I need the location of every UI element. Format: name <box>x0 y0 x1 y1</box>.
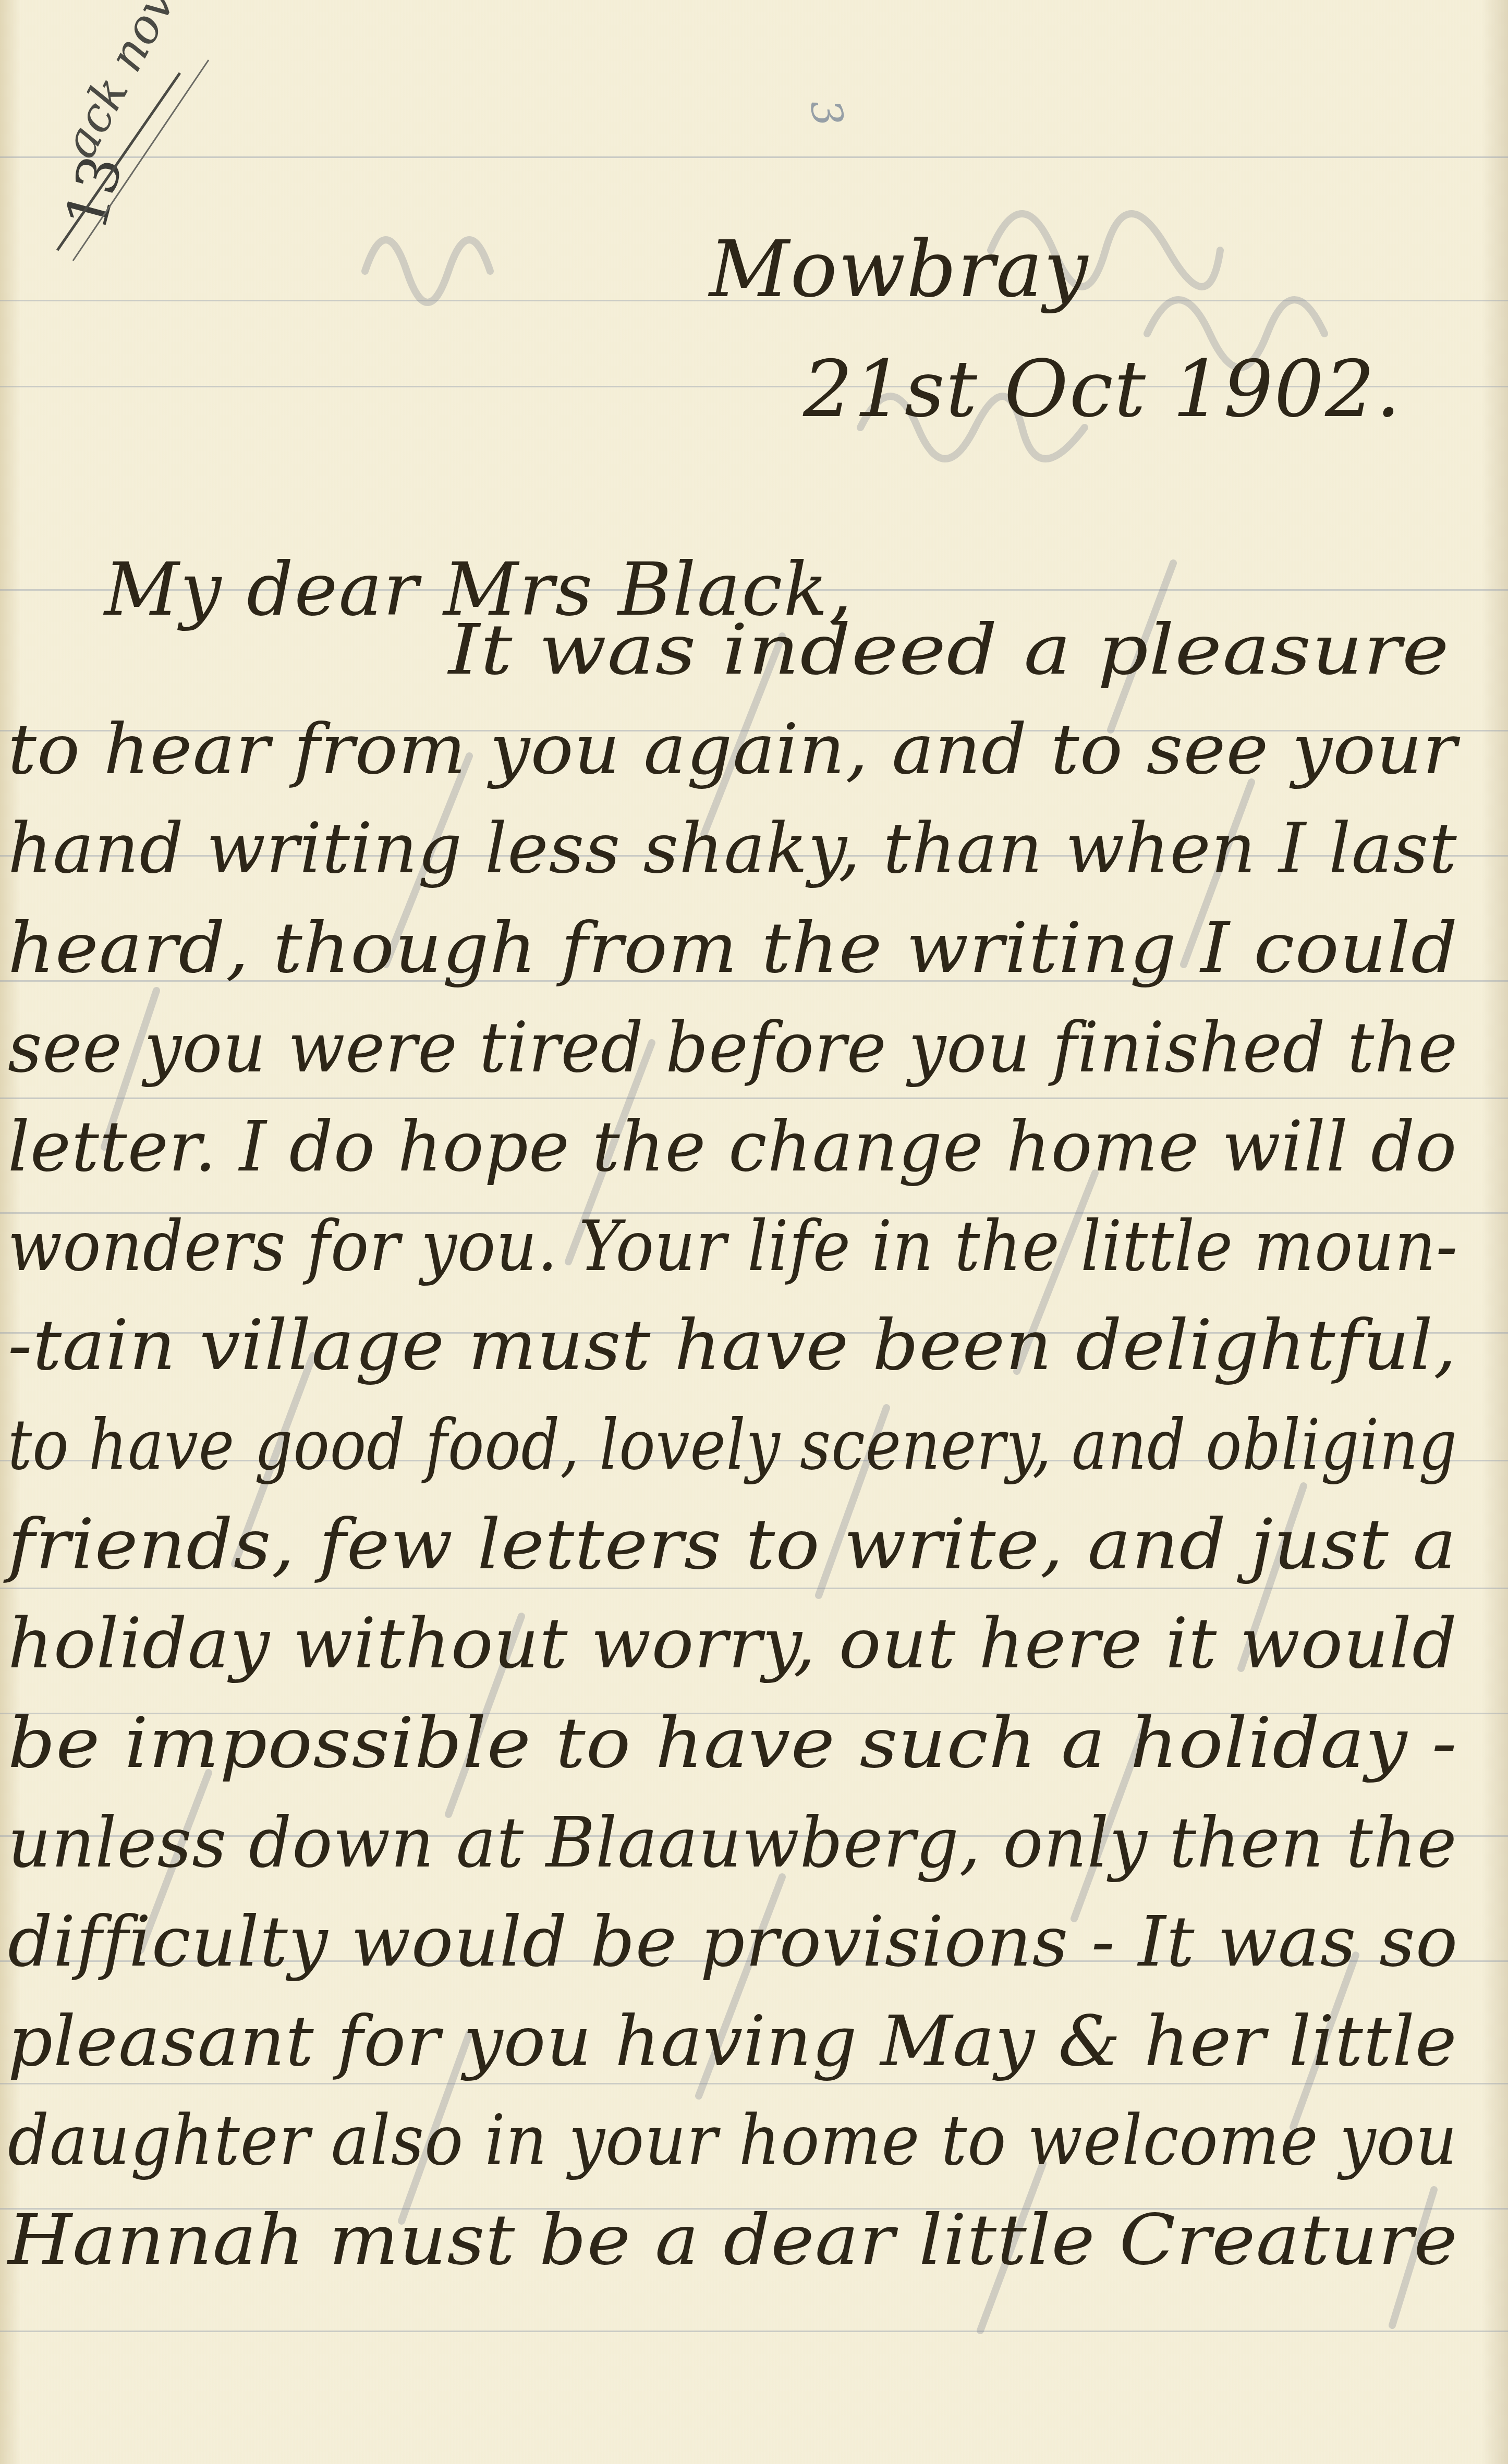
body-line: unless down at Blaauwberg, only then the <box>8 1803 1457 1883</box>
archival-note: ack nov 13 <box>31 10 302 282</box>
letter-place: Mowbray <box>709 224 1089 315</box>
body-line: pleasant for you having May & her little <box>8 2002 1457 2082</box>
body-line: to hear from you again, and to see your <box>8 710 1457 790</box>
body-line: holiday without worry, out here it would <box>8 1604 1457 1684</box>
archival-note-lines <box>31 10 302 282</box>
body-line: hand writing less shaky, than when I las… <box>8 809 1457 889</box>
body-line: It was indeed a pleasure <box>448 610 1450 690</box>
body-line: heard, though from the writing I could <box>8 908 1458 989</box>
body-line: letter. I do hope the change home will d… <box>8 1107 1457 1187</box>
ruled-line <box>0 1097 1508 1099</box>
letter-date: 21st Oct 1902. <box>803 344 1402 435</box>
body-line: difficulty would be provisions - It was … <box>8 1902 1458 1982</box>
ruled-line <box>0 2331 1508 2332</box>
body-line: see you were tired before you finished t… <box>8 1008 1458 1088</box>
body-line: daughter also in your home to welcome yo… <box>8 2101 1457 2181</box>
body-line: to have good food, lovely scenery, and o… <box>8 1405 1457 1485</box>
letter-page: ack nov 13 3 Mowbray 21st Oct 1902. My d… <box>0 0 1508 2464</box>
ruled-line <box>0 1588 1508 1589</box>
body-line: -tain village must have been delightful, <box>8 1306 1457 1386</box>
page-number-bleed: 3 <box>800 95 853 130</box>
body-line: friends, few letters to write, and just … <box>8 1505 1457 1585</box>
body-line: be impossible to have such a holiday - <box>8 1703 1457 1784</box>
body-line: wonders for you. Your life in the little… <box>8 1206 1458 1287</box>
body-line: Hannah must be a dear little Creature <box>8 2200 1458 2280</box>
ruled-line <box>0 2083 1508 2084</box>
